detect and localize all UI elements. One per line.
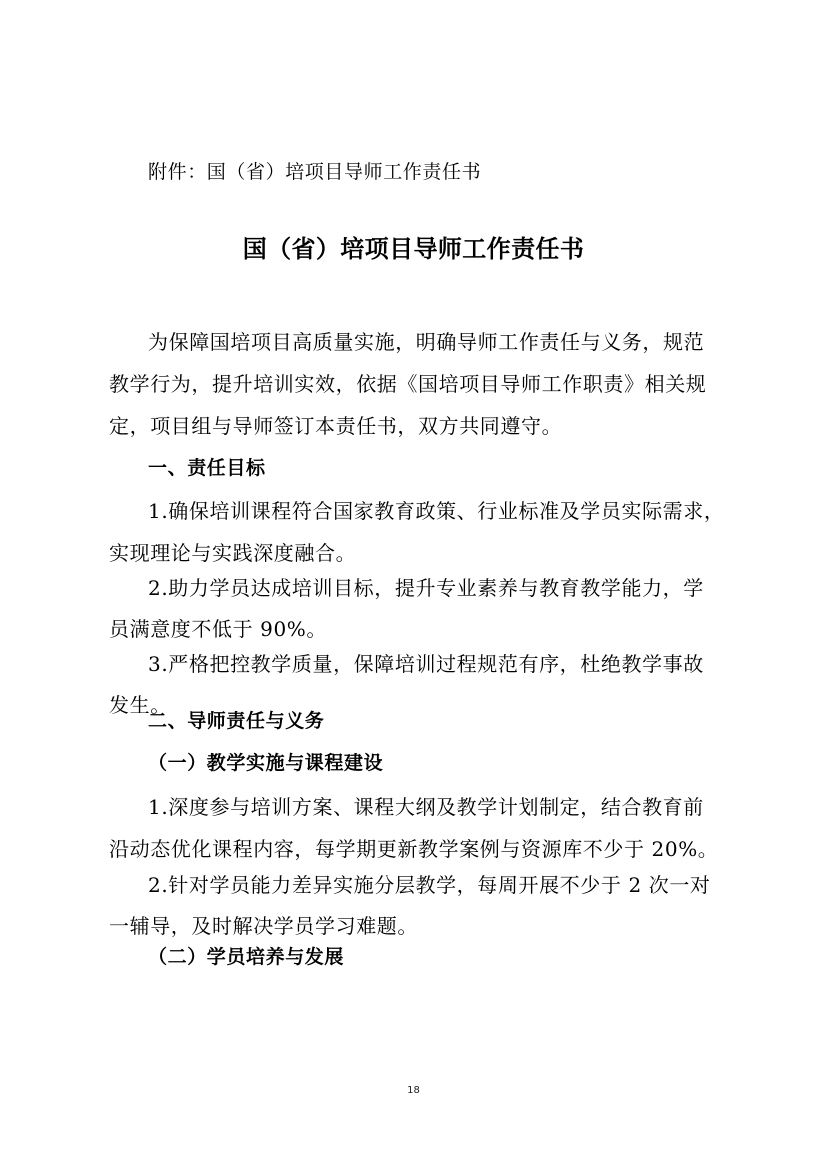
goal-item-2-line-1: 2.助力学员达成培训目标，提升专业素养与教育教学能力，学 bbox=[148, 576, 704, 600]
intro-line-1: 为保障国培项目高质量实施，明确导师工作责任与义务，规范 bbox=[148, 330, 704, 354]
teaching-item-1-line-2: 沿动态优化课程内容，每学期更新教学案例与资源库不少于 20%。 bbox=[109, 837, 718, 861]
section-heading-duties: 二、导师责任与义务 bbox=[148, 709, 324, 733]
page-number: 18 bbox=[0, 1085, 827, 1096]
teaching-item-2-line-1: 2.针对学员能力差异实施分层教学，每周开展不少于 2 次一对 bbox=[148, 873, 711, 897]
goal-item-2-line-2: 员满意度不低于 90%。 bbox=[109, 617, 327, 641]
section-heading-goals: 一、责任目标 bbox=[148, 456, 266, 480]
subsection-heading-teaching: （一）教学实施与课程建设 bbox=[148, 751, 383, 775]
goal-item-3-line-1: 3.严格把控教学质量，保障培训过程规范有序，杜绝教学事故 bbox=[148, 652, 704, 676]
goal-item-1-line-1: 1.确保培训课程符合国家教育政策、行业标准及学员实际需求， bbox=[148, 499, 724, 523]
teaching-item-2-line-2: 一辅导，及时解决学员学习难题。 bbox=[109, 914, 418, 938]
intro-line-3: 定，项目组与导师签订本责任书，双方共同遵守。 bbox=[109, 414, 562, 438]
subsection-heading-development: （二）学员培养与发展 bbox=[148, 945, 344, 969]
goal-item-1-line-2: 实现理论与实践深度融合。 bbox=[109, 541, 356, 565]
attachment-label: 附件：国（省）培项目导师工作责任书 bbox=[148, 160, 481, 184]
document-title: 国（省）培项目导师工作责任书 bbox=[0, 234, 827, 264]
document-page: 附件：国（省）培项目导师工作责任书 国（省）培项目导师工作责任书 为保障国培项目… bbox=[0, 0, 827, 1170]
intro-line-2: 教学行为，提升培训实效，依据《国培项目导师工作职责》相关规 bbox=[109, 372, 706, 396]
teaching-item-1-line-1: 1.深度参与培训方案、课程大纲及教学计划制定，结合教育前 bbox=[148, 795, 704, 819]
